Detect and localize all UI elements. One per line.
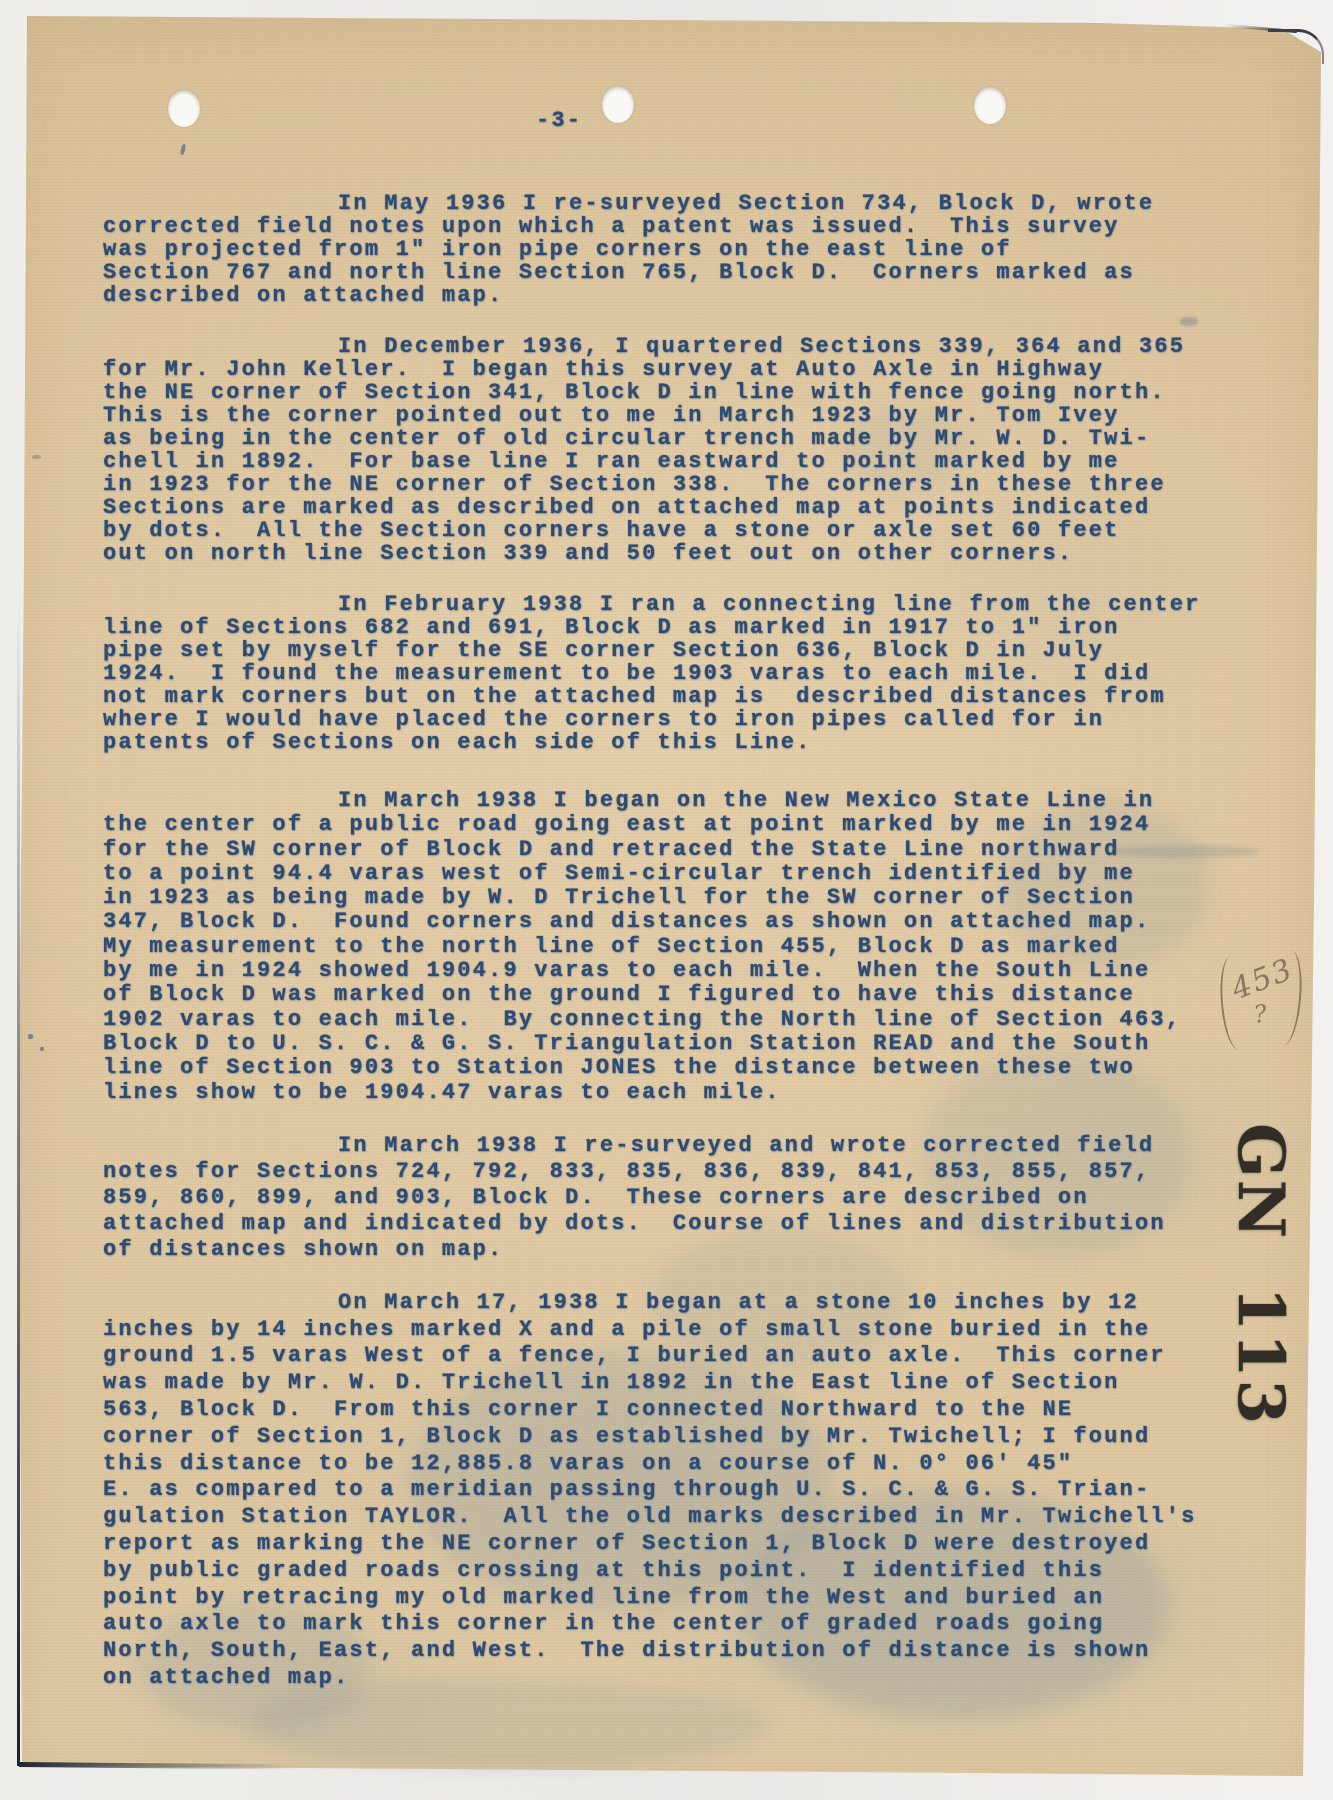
paper-corner-top-right [1268,29,1324,64]
ink-smudge [250,1680,770,1770]
paragraph-february-1938: In February 1938 I ran a connecting line… [103,593,1308,754]
page-number: -3- [536,108,582,133]
paragraph-may-1936: In May 1936 I re-surveyed Section 734, B… [103,192,1308,307]
ink-speck [40,1047,44,1051]
paragraph-march-17-1938: On March 17, 1938 I began at a stone 10 … [103,1290,1308,1692]
paragraph-december-1936: In December 1936, I quartered Sections 3… [103,335,1308,565]
document-body: In May 1936 I re-surveyed Section 734, B… [103,192,1308,1692]
ink-speck [32,455,41,459]
punch-hole [602,86,634,123]
pencil-question-mark: ? [1252,999,1269,1029]
punch-hole [168,90,200,127]
paragraph-march-1938-resurvey: In March 1938 I re-surveyed and wrote co… [103,1133,1308,1263]
gn-113-stamp: GN 113 [1223,1123,1297,1438]
scanned-document-canvas: -3- In May 1936 I re-surveyed Section 73… [0,0,1333,1800]
ink-speck [28,1034,33,1039]
punch-hole [974,87,1006,124]
paper-edge-shadow-left [17,600,20,1766]
paper-edge-shadow-bottom [19,1762,299,1769]
pencil-margin-note: 453 ? [1218,948,1302,1060]
paragraph-march-1938-state-line: In March 1938 I began on the New Mexico … [103,789,1308,1105]
